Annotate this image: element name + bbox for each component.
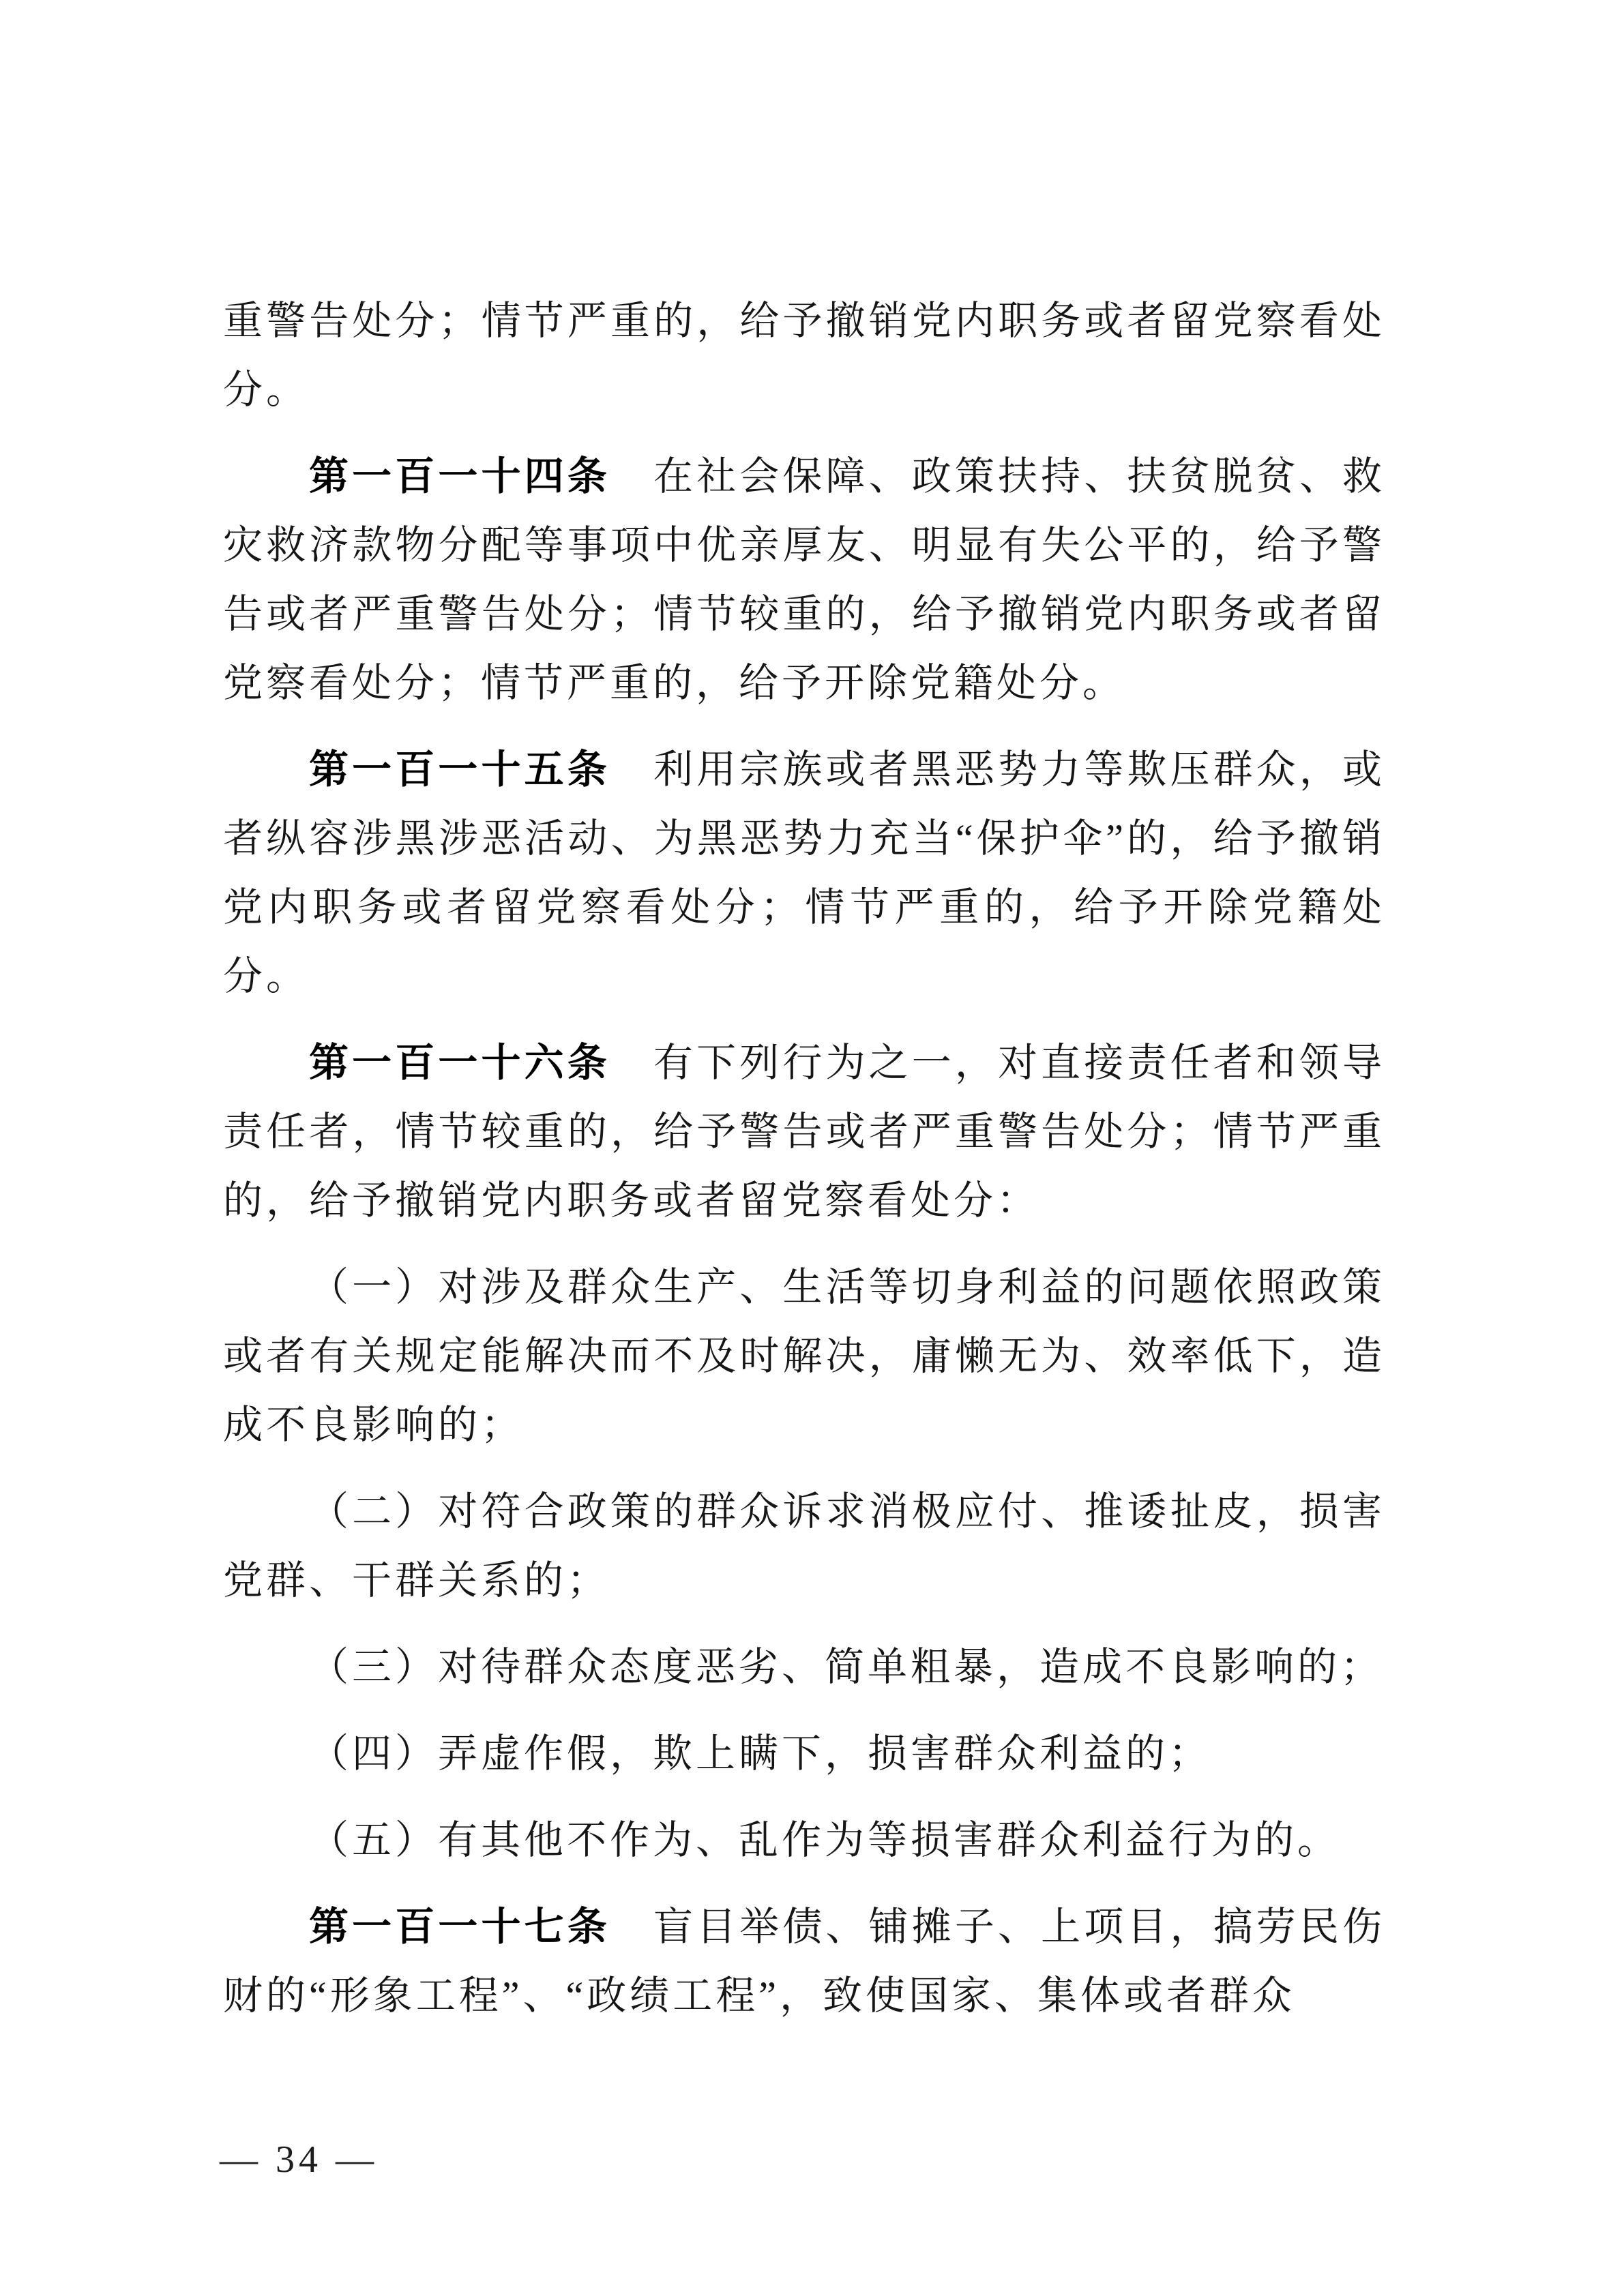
item-3: （三）对待群众态度恶劣、简单粗暴，造成不良影响的； xyxy=(223,1632,1385,1701)
paragraph-text: （五）有其他不作为、乱作为等损害群众利益行为的。 xyxy=(309,1818,1340,1862)
article-number: 第一百一十四条 xyxy=(309,454,610,498)
document-page: 重警告处分；情节严重的，给予撤销党内职务或者留党察看处分。第一百一十四条 在社会… xyxy=(0,0,1624,2296)
paragraph-text: 重警告处分；情节严重的，给予撤销党内职务或者留党察看处分。 xyxy=(223,299,1385,412)
article-number: 第一百一十六条 xyxy=(309,1041,610,1085)
article-number: 第一百一十七条 xyxy=(309,1905,610,1949)
article-117: 第一百一十七条 盲目举债、铺摊子、上项目，搞劳民伤财的“形象工程”、“政绩工程”… xyxy=(223,1892,1385,2030)
paragraph-continued: 重警告处分；情节严重的，给予撤销党内职务或者留党察看处分。 xyxy=(223,286,1385,424)
article-number: 第一百一十五条 xyxy=(309,747,610,792)
item-4: （四）弄虚作假，欺上瞒下，损害群众利益的； xyxy=(223,1719,1385,1788)
item-1: （一）对涉及群众生产、生活等切身利益的问题依照政策或者有关规定能解决而不及时解决… xyxy=(223,1253,1385,1459)
item-5: （五）有其他不作为、乱作为等损害群众利益行为的。 xyxy=(223,1806,1385,1875)
article-115: 第一百一十五条 利用宗族或者黑恶势力等欺压群众，或者纵容涉黑涉恶活动、为黑恶势力… xyxy=(223,735,1385,1011)
paragraph-text: （一）对涉及群众生产、生活等切身利益的问题依照政策或者有关规定能解决而不及时解决… xyxy=(223,1265,1385,1447)
document-body: 重警告处分；情节严重的，给予撤销党内职务或者留党察看处分。第一百一十四条 在社会… xyxy=(223,286,1385,2048)
paragraph-text: （三）对待群众态度恶劣、简单粗暴，造成不良影响的； xyxy=(309,1645,1383,1689)
item-2: （二）对符合政策的群众诉求消极应付、推诿扯皮，损害党群、干群关系的； xyxy=(223,1477,1385,1615)
paragraph-text: （二）对符合政策的群众诉求消极应付、推诿扯皮，损害党群、干群关系的； xyxy=(223,1489,1385,1602)
page-number: — 34 — xyxy=(220,2138,378,2181)
article-114: 第一百一十四条 在社会保障、政策扶持、扶贫脱贫、救灾救济款物分配等事项中优亲厚友… xyxy=(223,442,1385,717)
page-footer: — 34 — xyxy=(220,2138,378,2181)
article-116: 第一百一十六条 有下列行为之一，对直接责任者和领导责任者，情节较重的，给予警告或… xyxy=(223,1028,1385,1235)
paragraph-text: （四）弄虚作假，欺上瞒下，损害群众利益的； xyxy=(309,1731,1211,1776)
